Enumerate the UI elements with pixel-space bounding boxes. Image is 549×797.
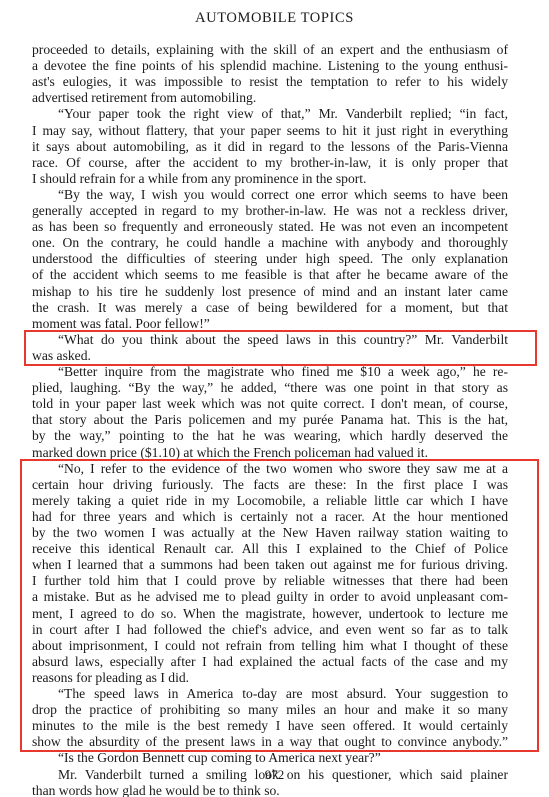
text-line: I should refrain for a while from any pr… xyxy=(32,171,508,187)
running-header: AUTOMOBILE TOPICS xyxy=(0,10,549,27)
text-line: race. Of course, after the accident to m… xyxy=(32,155,508,171)
text-line: told in your paper last week which was n… xyxy=(32,396,508,412)
text-line: “Your paper took the right view of that,… xyxy=(58,106,508,122)
page-number: 972 xyxy=(0,767,549,783)
highlight-box-speed-laws-answer xyxy=(20,459,539,753)
text-line: one. On the contrary, he could handle a … xyxy=(32,235,508,251)
text-line: “By the way, I wish you would correct on… xyxy=(58,187,508,203)
text-line: plied, laughing. “By the way,” he added,… xyxy=(32,380,508,396)
text-line: that story about the Paris policemen and… xyxy=(32,412,508,428)
text-line: “Is the Gordon Bennett cup coming to Ame… xyxy=(58,750,508,766)
text-line: “Better inquire from the magistrate who … xyxy=(58,364,508,380)
text-line: ast's eulogies, it was impossible to res… xyxy=(32,74,508,90)
text-line: it says about automobiling, as it did in… xyxy=(32,139,508,155)
text-line: the crash. It was merely a case of being… xyxy=(32,300,508,316)
highlight-box-speed-laws-question xyxy=(24,330,537,366)
text-line: advertised retirement from automobiling. xyxy=(32,90,508,106)
text-line: a devotee the fine points of his splendi… xyxy=(32,58,508,74)
text-line: proceeded to details, explaining with th… xyxy=(32,42,508,58)
text-line: I may say, without flattery, that your p… xyxy=(32,123,508,139)
text-line: generally accepted in regard to my broth… xyxy=(32,203,508,219)
text-line: of the accident which seems to me feasib… xyxy=(32,267,508,283)
text-line: as has been so frequently and erroneousl… xyxy=(32,219,508,235)
text-line: than words how glad he would be to think… xyxy=(32,783,508,797)
text-line: by the way,” pointing to the hat he was … xyxy=(32,428,508,444)
text-line: understood the difficulties of steering … xyxy=(32,251,508,267)
text-line: mishap to his tire he suddenly lost pres… xyxy=(32,284,508,300)
